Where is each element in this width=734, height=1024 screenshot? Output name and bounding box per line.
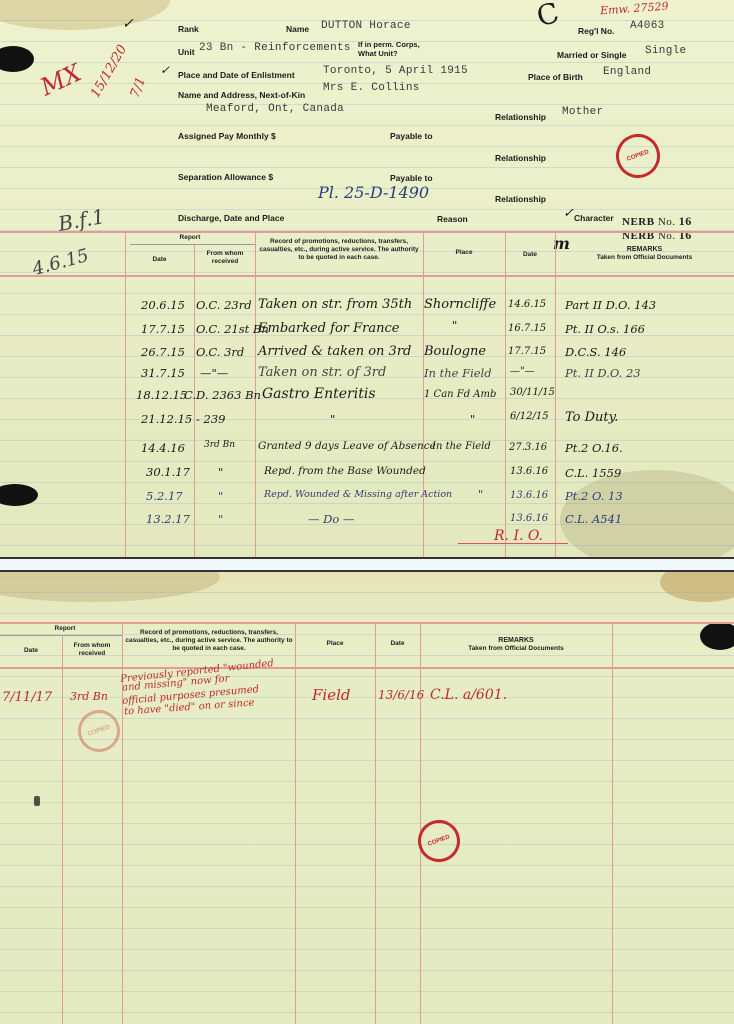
punch-hole — [700, 622, 734, 650]
reason-label: Reason — [437, 214, 468, 224]
row-date2: 13.6.16 — [510, 466, 548, 477]
row-date: 7/11/17 — [2, 690, 52, 705]
column-divider — [505, 231, 506, 557]
rank-label: Rank — [178, 24, 199, 34]
row-date: 17.7.15 — [141, 322, 185, 336]
column-divider — [295, 622, 296, 1024]
row-from: " — [218, 512, 223, 526]
row-record: Embarked for France — [258, 321, 399, 336]
date-header-2: Date — [505, 251, 555, 259]
rio-mark: R. I. O. — [494, 528, 543, 544]
row-from: 3rd Bn — [204, 440, 235, 450]
date-header-2: Date — [375, 640, 420, 648]
nok-name: Mrs E. Collins — [323, 82, 420, 94]
row-remarks: C.L. A541 — [565, 512, 622, 526]
punch-hole — [0, 484, 38, 506]
row-record: Repd. Wounded & Missing after Action — [264, 489, 452, 500]
record-header: Record of promotions, reductions, transf… — [258, 238, 420, 262]
row-place: In the Field — [432, 441, 491, 452]
row-place: " — [478, 487, 483, 501]
handwritten-reference: Pl. 25-D-1490 — [318, 183, 429, 202]
report-header: Report — [125, 234, 255, 242]
paper-stain — [0, 0, 170, 30]
enlistment-value: Toronto, 5 April 1915 — [323, 65, 468, 77]
row-place: In the Field — [424, 366, 492, 380]
row-date: 21.12.15 — [141, 412, 192, 426]
nok-address: Meaford, Ont, Canada — [206, 103, 344, 115]
place-header: Place — [295, 640, 375, 648]
regl-no-value: A4063 — [630, 20, 665, 32]
payable-to-label: Payable to — [390, 173, 433, 183]
column-divider — [420, 622, 421, 1024]
row-remarks: Part II D.O. 143 — [565, 298, 656, 312]
remarks-subheader: Taken from Official Documents — [555, 254, 734, 262]
assigned-pay-label: Assigned Pay Monthly $ — [178, 131, 276, 141]
column-divider — [612, 622, 613, 1024]
row-date2: —"— — [510, 366, 535, 377]
from-whom-header: From whom received — [198, 250, 252, 266]
row-from: O.C. 23rd — [196, 298, 252, 312]
table-header-border — [0, 667, 734, 669]
place-header: Place — [423, 249, 505, 257]
top-right-ref-number: Emw. 27529 — [600, 0, 669, 17]
row-date2: 16.7.15 — [508, 323, 546, 334]
perm-corps-label: If in perm. Corps, — [358, 40, 420, 49]
row-date2: 13.6.16 — [510, 490, 548, 501]
row-place: " — [452, 318, 457, 332]
row-date: 26.7.15 — [141, 345, 185, 359]
page-divider — [0, 557, 734, 572]
column-divider — [375, 622, 376, 1024]
row-date2: 13/6/16 — [378, 688, 424, 702]
row-place: Shorncliffe — [424, 297, 496, 312]
checkmark-icon: ✓ — [563, 206, 574, 221]
row-place: Boulogne — [424, 344, 486, 359]
married-value: Single — [645, 45, 686, 57]
name-label: Name — [286, 24, 309, 34]
row-from: O.C. 3rd — [196, 345, 244, 359]
service-card-back: Report Date From whom received Record of… — [0, 572, 734, 1024]
column-divider — [62, 635, 63, 1024]
row-date: 18.12.15 — [136, 388, 187, 402]
row-date: 5.2.17 — [146, 489, 183, 503]
row-remarks: C.L. 1559 — [565, 466, 621, 480]
row-record: Repd. from the Base Wounded — [264, 465, 426, 477]
row-date2: 30/11/15 — [510, 387, 555, 398]
row-remarks: Pt.2 O. 13 — [565, 489, 623, 503]
relationship-label: Relationship — [495, 112, 546, 122]
remarks-header: REMARKS — [555, 246, 734, 254]
birth-label: Place of Birth — [528, 72, 583, 82]
row-remarks: Pt.2 O.16. — [565, 441, 623, 455]
row-from: —"— — [200, 366, 228, 380]
what-unit-label: What Unit? — [358, 49, 398, 58]
row-record: Taken on str. of 3rd — [258, 365, 386, 380]
faint-copied-stamp: COPIED — [72, 704, 126, 758]
row-remarks: Pt. II O.s. 166 — [565, 322, 645, 336]
table-top-border — [0, 231, 734, 233]
row-record: Arrived & taken on 3rd — [258, 344, 411, 359]
column-divider — [555, 231, 556, 557]
report-header: Report — [40, 625, 90, 633]
punch-hole — [0, 46, 34, 72]
row-date: 14.4.16 — [141, 441, 185, 455]
name-value: DUTTON Horace — [321, 20, 411, 32]
enlistment-label: Place and Date of Enlistment — [178, 70, 295, 80]
table-top-border — [0, 622, 734, 624]
row-date2: 14.6.15 — [508, 299, 546, 310]
report-header-divider — [130, 244, 255, 245]
row-date2: 13.6.16 — [510, 513, 548, 524]
row-record: Taken on str. from 35th — [258, 297, 412, 312]
discharge-label: Discharge, Date and Place — [178, 213, 284, 223]
row-record: Granted 9 days Leave of Absence — [258, 440, 436, 452]
checkmark-icon: ✓ — [160, 63, 170, 77]
row-date: 20.6.15 — [141, 298, 185, 312]
row-place: " — [470, 412, 475, 426]
record-header: Record of promotions, reductions, transf… — [125, 629, 293, 653]
row-place: 1 Can Fd Amb — [424, 389, 496, 400]
relationship-label: Relationship — [495, 194, 546, 204]
remarks-subheader: Taken from Official Documents — [420, 645, 612, 653]
column-divider — [125, 231, 126, 557]
nerb-stamp-1: NERB No. 16 — [622, 214, 692, 229]
date-header: Date — [125, 256, 194, 264]
service-card-front: Emw. 27529 MX 15/12/20 7/1 ✓ C ✓ Rank Na… — [0, 0, 734, 557]
row-date2: 6/12/15 — [510, 411, 549, 422]
row-from: " — [218, 489, 223, 503]
row-date: 13.2.17 — [146, 512, 190, 526]
payable-to-label: Payable to — [390, 131, 433, 141]
report-header-divider — [0, 635, 122, 636]
checkmark-icon: ✓ — [122, 16, 134, 32]
from-whom-header: From whom received — [64, 642, 120, 658]
copied-stamp: COPIED — [610, 128, 666, 184]
left-red-note: 7/1 — [128, 75, 149, 100]
table-header-border — [0, 275, 734, 277]
left-red-date: 15/12/20 — [88, 42, 130, 100]
row-date2: 27.3.16 — [509, 442, 547, 453]
paper-stain — [660, 572, 734, 602]
row-from: 3rd Bn — [70, 690, 108, 703]
row-remarks: D.C.S. 146 — [565, 345, 626, 359]
unit-label: Unit — [178, 47, 195, 57]
separation-allowance-label: Separation Allowance $ — [178, 172, 273, 182]
paper-stain — [0, 572, 220, 602]
regl-no-label: Reg'l No. — [578, 26, 615, 36]
left-red-mark: MX — [36, 59, 86, 102]
row-remarks: To Duty. — [565, 410, 618, 425]
relationship-value: Mother — [562, 106, 603, 118]
birth-value: England — [603, 66, 651, 78]
row-remarks: Pt. II D.O. 23 — [565, 366, 641, 380]
character-label: Character — [574, 213, 614, 223]
row-record: Gastro Enteritis — [262, 386, 376, 402]
row-date: 30.1.17 — [146, 465, 190, 479]
row-record: " — [330, 412, 335, 426]
relationship-label: Relationship — [495, 153, 546, 163]
nok-label: Name and Address, Next-of-Kin — [178, 90, 305, 100]
row-place: Field — [312, 686, 350, 704]
row-date: 31.7.15 — [141, 366, 185, 380]
date-header: Date — [0, 647, 62, 655]
married-label: Married or Single — [557, 50, 626, 60]
remarks-header: REMARKS — [420, 637, 612, 645]
c-mark: C — [533, 0, 562, 33]
row-remarks: C.L. a/601. — [430, 687, 507, 703]
row-date2: 17.7.15 — [508, 346, 546, 357]
row-record: — Do — — [308, 512, 354, 526]
row-from: C.D. 2363 Bn — [184, 388, 261, 402]
unit-value: 23 Bn - Reinforcements — [199, 42, 351, 54]
row-from: - 239 — [196, 412, 226, 426]
row-from: " — [218, 465, 223, 479]
ink-blot — [34, 796, 40, 806]
